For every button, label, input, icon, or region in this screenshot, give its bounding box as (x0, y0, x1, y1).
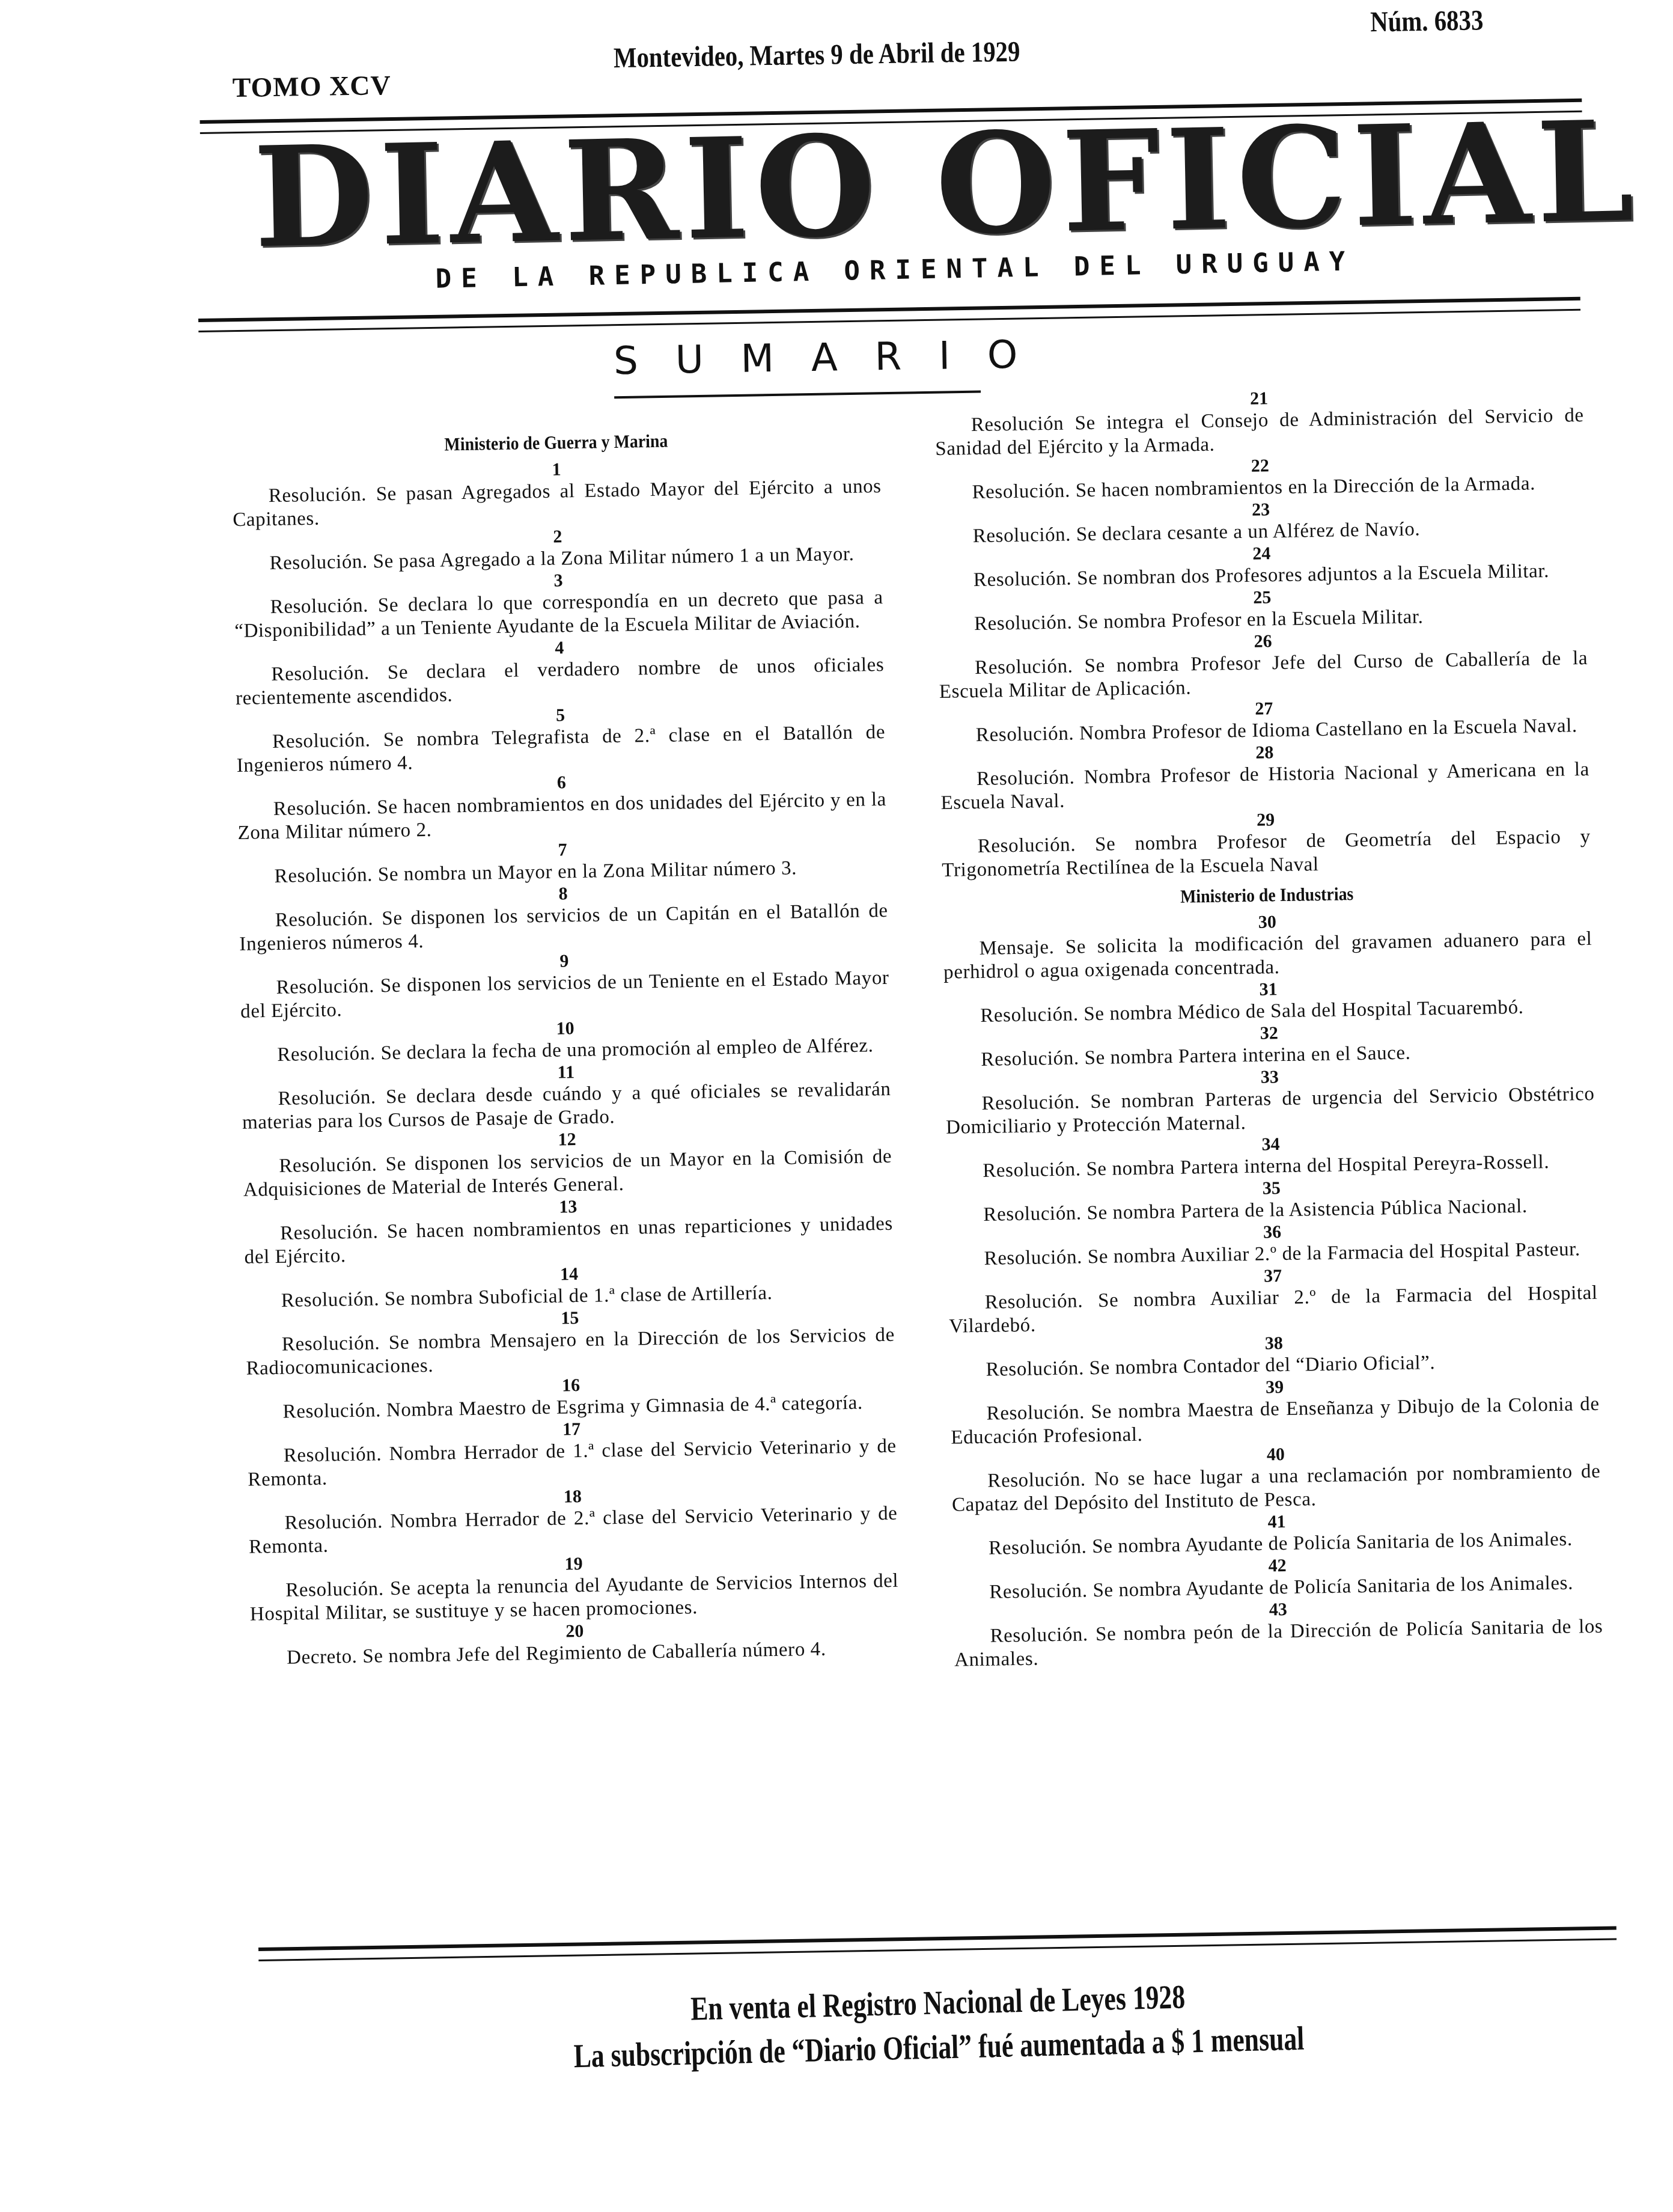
ministry-heading: Ministerio de Guerra y Marina (264, 427, 848, 458)
entry-text: Resolución. Se nombra Profesor de Geomet… (942, 825, 1591, 882)
summary-entry: 33Resolución. Se nombran Parteras de urg… (945, 1062, 1595, 1140)
summary-entry: 8Resolución. Se disponen los servicios d… (239, 879, 889, 956)
masthead-title: DIARIO OFICIAL (252, 102, 1641, 267)
summary-entry: 12Resolución. Se disponen los servicios … (242, 1125, 892, 1202)
summary-entry: 37Resolución. Se nombra Auxiliar 2.º de … (948, 1261, 1598, 1339)
summary-entry: 6Resolución. Se hacen nombramientos en d… (237, 768, 887, 845)
summary-entry: 13Resolución. Se hacen nombramientos en … (243, 1192, 894, 1269)
summary-entry: 30Mensaje. Se solicita la modificación d… (943, 907, 1593, 985)
summary-entry: 28Resolución. Nombra Profesor de Histori… (940, 738, 1590, 815)
entry-text: Resolución. Se nombra peón de la Direcci… (954, 1615, 1603, 1672)
summary-entry: 19Resolución. Se acepta la renuncia del … (249, 1549, 900, 1627)
footer-rule-block (258, 1926, 1617, 1972)
masthead: DIARIO OFICIAL DE LA REPUBLICA ORIENTAL … (240, 105, 1536, 334)
summary-entry: 43Resolución. Se nombra peón de la Direc… (954, 1595, 1604, 1672)
summary-column-left: Ministerio de Guerra y Marina1Resolución… (231, 420, 900, 1670)
summary-entry: 3Resolución. Se declara lo que correspon… (234, 566, 884, 643)
summary-entry: 40Resolución. No se hace lugar a una rec… (951, 1440, 1601, 1517)
summary-entry: 5Resolución. Se nombra Telegrafista de 2… (236, 700, 886, 778)
notices: En venta el Registro Nacional de Leyes 1… (457, 1969, 1420, 2082)
summary-entry: 29Resolución. Se nombra Profesor de Geom… (941, 805, 1591, 882)
summary-entry: 9Resolución. Se disponen los servicios d… (240, 946, 890, 1024)
newspaper-page: TOMO XCV Montevideo, Martes 9 de Abril d… (0, 0, 1673, 2212)
summary-underline (614, 391, 981, 399)
summary-heading: SUMARIO (614, 332, 1055, 384)
summary-entry: 18Resolución. Nombra Herrador de 2.ª cla… (248, 1482, 898, 1559)
summary-column-right: 21Resolución Se integra el Consejo de Ad… (934, 383, 1603, 1672)
dateline: Montevideo, Martes 9 de Abril de 1929 (614, 35, 1020, 75)
summary-entry: 26Resolución. Se nombra Profesor Jefe de… (938, 626, 1588, 704)
summary-entry: 1Resolución. Se pasan Agregados al Estad… (232, 454, 882, 532)
summary-entry: 17Resolución. Nombra Herrador de 1.ª cla… (247, 1414, 897, 1492)
volume-label: TOMO XCV (232, 69, 391, 103)
footer-rule (258, 1926, 1617, 1961)
summary-entry: 11Resolución. Se declara desde cuándo y … (242, 1057, 892, 1135)
summary-entry: 21Resolución Se integra el Consejo de Ad… (934, 383, 1585, 461)
summary-entry: 15Resolución. Se nombra Mensajero en la … (245, 1303, 895, 1381)
ministry-heading: Ministerio de Industrias (975, 880, 1559, 911)
issue-number: Núm. 6833 (1370, 4, 1484, 38)
summary-entry: 39Resolución. Se nombra Maestra de Enseñ… (950, 1372, 1600, 1450)
summary-entry: 4Resolución. Se declara el verdadero nom… (235, 633, 885, 710)
